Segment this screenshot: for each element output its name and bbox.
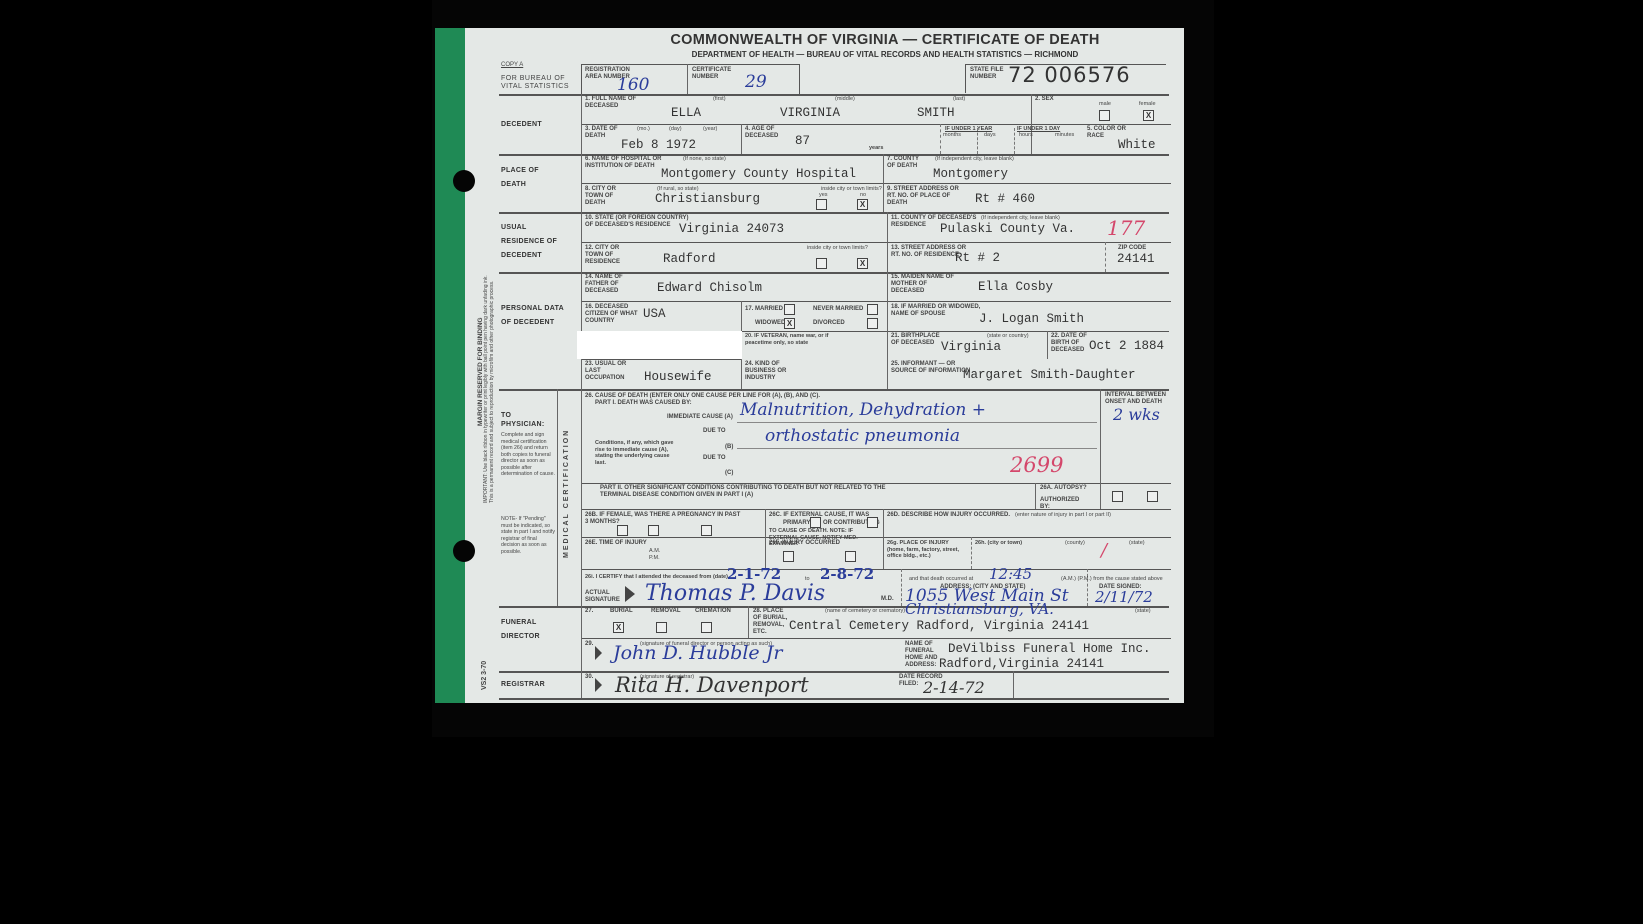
label-part1: PART I. DEATH WAS CAUSED BY: xyxy=(595,400,692,407)
section-usual-residence: USUAL RESIDENCE OF DECEDENT xyxy=(501,221,571,263)
label-days: days xyxy=(984,132,996,139)
label-inside-city: inside city or town limits? xyxy=(821,186,882,193)
label-burial-state: (state) xyxy=(1135,608,1151,615)
label-years: years xyxy=(869,145,883,152)
label-informant: 25. INFORMANT — OR SOURCE OF INFORMATION xyxy=(891,361,971,375)
label-describe-injury-note: (enter nature of injury in part I or par… xyxy=(1015,512,1111,519)
burial-place: Central Cemetery Radford, Virginia 24141 xyxy=(789,619,1089,633)
age: 87 xyxy=(795,134,810,148)
label-burial: BURIAL xyxy=(610,608,633,615)
pregnancy-unknown-checkbox[interactable] xyxy=(701,525,712,536)
label-full-name: 1. FULL NAME OF DECEASED xyxy=(585,96,645,110)
not-while-at-work-checkbox[interactable] xyxy=(845,551,856,562)
label-occupation: 23. USUAL OR LAST OCCUPATION xyxy=(585,361,635,382)
redacted-field xyxy=(577,331,742,359)
label-residence-city: 12. CITY OR TOWN OF RESIDENCE xyxy=(585,245,629,266)
label-immediate-cause: IMMEDIATE CAUSE (A) xyxy=(667,414,733,421)
label-hours: hours xyxy=(1019,132,1033,139)
director-arrow-icon xyxy=(595,646,602,660)
label-sex: 2. SEX xyxy=(1035,96,1054,103)
label-c: (C) xyxy=(725,470,733,477)
certificate-number: 29 xyxy=(745,72,767,92)
registrar-arrow-icon xyxy=(595,678,602,692)
physician-signature: Thomas P. Davis xyxy=(645,581,825,606)
label-day: (day) xyxy=(669,126,682,133)
res-inside-city-yes-checkbox[interactable] xyxy=(816,258,827,269)
first-name: ELLA xyxy=(671,106,701,120)
last-name: SMITH xyxy=(917,106,955,120)
label-citizen: 16. DECEASED CITIZEN OF WHAT COUNTRY xyxy=(585,304,645,325)
label-male: male xyxy=(1099,101,1111,108)
state-file-label: STATE FILE NUMBER xyxy=(970,67,1004,81)
label-zip: ZIP CODE xyxy=(1118,245,1146,252)
burial-checkbox[interactable]: X xyxy=(613,622,624,633)
burial-city-handwritten: Christiansburg, VA. xyxy=(905,600,1054,618)
label-res-inside-city: inside city or town limits? xyxy=(807,245,868,252)
label-pm: P.M. xyxy=(649,555,660,562)
race: White xyxy=(1118,138,1156,152)
street-of-death: Rt # 460 xyxy=(975,192,1035,206)
section-to-physician: TO PHYSICIAN: xyxy=(501,411,551,429)
city-of-death: Christiansburg xyxy=(655,192,760,206)
label-year: (year) xyxy=(703,126,717,133)
divorced-checkbox[interactable] xyxy=(867,318,878,329)
label-cause-of-death: 26. CAUSE OF DEATH (Enter only one cause… xyxy=(585,393,820,400)
label-no: no xyxy=(860,192,866,199)
funeral-home-address: Radford,Virginia 24141 xyxy=(939,657,1104,671)
residence-county-code: 177 xyxy=(1107,216,1145,240)
attended-to: 2-8-72 xyxy=(820,565,874,583)
sex-female-checkbox[interactable]: X xyxy=(1143,110,1154,121)
funeral-director-signature: John D. Hubble Jr xyxy=(613,642,782,664)
label-am: A.M. xyxy=(649,548,660,555)
label-county-note: (If independent city, leave blank) xyxy=(935,156,1014,163)
autopsy-no-checkbox[interactable] xyxy=(1147,491,1158,502)
punch-hole-bottom xyxy=(453,540,475,562)
certificate-number-label: CERTIFICATE NUMBER xyxy=(692,67,742,81)
cause-code: 2699 xyxy=(1010,453,1063,477)
father-name: Edward Chisolm xyxy=(657,281,762,295)
certificate-subtitle: DEPARTMENT OF HEALTH — BUREAU OF VITAL R… xyxy=(605,50,1165,59)
section-funeral-director: FUNERAL DIRECTOR xyxy=(501,616,561,644)
label-birthplace: 21. BIRTHPLACE OF DECEASED xyxy=(891,333,941,347)
registrar-signature: Rita H. Davenport xyxy=(615,673,809,697)
label-removal: REMOVAL xyxy=(651,608,681,615)
green-binding-strip xyxy=(435,28,465,703)
label-business: 24. KIND OF BUSINESS OR INDUSTRY xyxy=(745,361,805,382)
margin-permanent-note: This is a permanent record and subject t… xyxy=(489,281,496,503)
label-autopsy: 26a. AUTOPSY? xyxy=(1040,485,1087,492)
section-medical-certification: MEDICAL CERTIFICATION xyxy=(563,429,570,558)
physician-note: Complete and sign medical certification … xyxy=(501,432,556,478)
certificate-title: COMMONWEALTH OF VIRGINIA — CERTIFICATE O… xyxy=(605,32,1165,48)
label-30: 30. xyxy=(585,674,593,681)
cause-b: orthostatic pneumonia xyxy=(765,426,960,446)
injury-mark: / xyxy=(1101,540,1107,561)
label-time-of-injury: 26e. TIME OF INJURY xyxy=(585,540,647,547)
date-signed: 2/11/72 xyxy=(1095,588,1153,606)
label-spouse: 18. IF MARRIED OR WIDOWED, NAME OF SPOUS… xyxy=(891,304,991,318)
pregnancy-no-checkbox[interactable] xyxy=(648,525,659,536)
zip-code: 24141 xyxy=(1117,252,1155,266)
married-checkbox[interactable] xyxy=(784,304,795,315)
label-hospital: 6. NAME OF HOSPITAL OR INSTITUTION OF DE… xyxy=(585,156,665,170)
label-am-pm: (A.M.) (P.M.) from the cause stated abov… xyxy=(1061,576,1163,583)
sex-male-checkbox[interactable] xyxy=(1099,110,1110,121)
label-interval: INTERVAL BETWEEN ONSET AND DEATH xyxy=(1105,392,1167,406)
residence-county: Pulaski County Va. xyxy=(940,222,1075,236)
signature-arrow-icon xyxy=(625,586,635,602)
section-decedent: DECEDENT xyxy=(501,118,542,132)
label-female: female xyxy=(1139,101,1156,108)
label-md: M.D. xyxy=(881,596,894,603)
registration-area-number: 160 xyxy=(617,75,649,95)
label-burial-place-note: (name of cemetery or crematory) xyxy=(825,608,905,615)
label-age: 4. AGE OF DECEASED xyxy=(745,126,795,140)
label-father: 14. NAME OF FATHER OF DECEASED xyxy=(585,274,635,295)
label-county-of-death: 7. COUNTY OF DEATH xyxy=(887,156,927,170)
label-place-of-injury: 26g. PLACE OF INJURY (home, farm, factor… xyxy=(887,540,967,560)
section-place-of-death: PLACE OF DEATH xyxy=(501,164,561,192)
label-certify: 26i. I CERTIFY that I attended the decea… xyxy=(585,574,728,581)
primary-checkbox[interactable] xyxy=(810,517,821,528)
label-never-married: NEVER MARRIED xyxy=(813,306,863,313)
hospital: Montgomery County Hospital xyxy=(661,167,856,181)
label-injury-county: (county) xyxy=(1065,540,1085,547)
label-injury-city: 26h. (city or town) xyxy=(975,540,1022,547)
funeral-home-name: DeVilbiss Funeral Home Inc. xyxy=(948,642,1151,656)
residence-city: Radford xyxy=(663,252,716,266)
label-yes: yes xyxy=(819,192,828,199)
form-code: VS2 3-70 xyxy=(481,661,488,690)
label-pregnancy: 26b. IF FEMALE, WAS THERE A PREGNANCY IN… xyxy=(585,512,745,526)
label-married: 17. MARRIED xyxy=(745,306,783,313)
contributing-checkbox[interactable] xyxy=(867,517,878,528)
date-filed: 2-14-72 xyxy=(923,678,985,697)
label-due-to-1: DUE TO xyxy=(703,428,726,435)
label-mo: (mo.) xyxy=(637,126,650,133)
occupation: Housewife xyxy=(644,370,712,384)
mother-name: Ella Cosby xyxy=(978,280,1053,294)
label-minutes: minutes xyxy=(1055,132,1074,139)
label-first: (first) xyxy=(713,96,726,103)
death-certificate: MARGIN RESERVED FOR BINDING IMPORTANT: U… xyxy=(435,28,1184,703)
citizen-country: USA xyxy=(643,307,666,321)
state-file-number: 72 006576 xyxy=(1008,63,1131,87)
while-at-work-checkbox[interactable] xyxy=(783,551,794,562)
label-street-of-death: 9. STREET ADDRESS OR RT. NO. OF PLACE OF… xyxy=(887,186,967,207)
label-primary: PRIMARY xyxy=(783,520,810,527)
label-birthplace-note: (state or country) xyxy=(987,333,1029,340)
informant: Margaret Smith-Daughter xyxy=(963,368,1136,382)
label-actual-signature: ACTUAL SIGNATURE xyxy=(585,590,625,604)
pending-note: NOTE- If "Pending" must be indicated, so… xyxy=(501,516,556,555)
county-of-death: Montgomery xyxy=(933,167,1008,181)
label-cremation: CREMATION xyxy=(695,608,731,615)
date-of-birth: Oct 2 1884 xyxy=(1089,339,1164,353)
death-inside-city-no-checkbox[interactable]: X xyxy=(857,199,868,210)
label-part2: PART II. OTHER SIGNIFICANT CONDITIONS CO… xyxy=(600,485,910,499)
label-last: (last) xyxy=(953,96,965,103)
label-27: 27. xyxy=(585,608,593,615)
spouse-name: J. Logan Smith xyxy=(979,312,1084,326)
never-married-checkbox[interactable] xyxy=(867,304,878,315)
label-months: months xyxy=(943,132,961,139)
cremation-checkbox[interactable] xyxy=(701,622,712,633)
copy-label: COPY A xyxy=(501,62,523,69)
label-due-to-2: DUE TO xyxy=(703,455,726,462)
label-divorced: DIVORCED xyxy=(813,320,845,327)
label-conditions: Conditions, if any, which gave rise to i… xyxy=(595,440,675,466)
for-bureau-label: FOR BUREAU OF VITAL STATISTICS xyxy=(501,75,579,91)
label-veteran: 20. IF VETERAN, name war, or if peacetim… xyxy=(745,333,855,346)
label-injury-occurred: 26f. INJURY OCCURRED xyxy=(769,540,840,547)
birthplace: Virginia xyxy=(941,340,1001,354)
label-death-occurred: and that death occurred at xyxy=(909,576,973,583)
widowed-checkbox[interactable]: X xyxy=(784,318,795,329)
pregnancy-yes-checkbox[interactable] xyxy=(617,525,628,536)
section-registrar: REGISTRAR xyxy=(501,678,545,692)
label-date-of-death: 3. DATE OF DEATH xyxy=(585,126,625,140)
label-29: 29. xyxy=(585,641,593,648)
date-of-death: Feb 8 1972 xyxy=(621,138,696,152)
res-inside-city-no-checkbox[interactable]: X xyxy=(857,258,868,269)
label-injury-state: (state) xyxy=(1129,540,1145,547)
death-inside-city-yes-checkbox[interactable] xyxy=(816,199,827,210)
label-middle: (middle) xyxy=(835,96,855,103)
removal-checkbox[interactable] xyxy=(656,622,667,633)
label-mother: 15. MAIDEN NAME OF MOTHER OF DECEASED xyxy=(891,274,961,295)
label-residence-county-note: (If independent city, leave blank) xyxy=(981,215,1060,222)
cause-a: Malnutrition, Dehydration + xyxy=(740,400,986,420)
autopsy-yes-checkbox[interactable] xyxy=(1112,491,1123,502)
section-personal-data: PERSONAL DATA OF DECEDENT xyxy=(501,302,571,330)
residence-street: Rt # 2 xyxy=(955,251,1000,265)
label-widowed: WIDOWED xyxy=(755,320,785,327)
label-authorized: AUTHORIZED BY: xyxy=(1040,497,1080,511)
residence-state: Virginia 24073 xyxy=(679,222,784,236)
label-burial-place: 28. PLACE OF BURIAL, REMOVAL, ETC. xyxy=(753,608,793,636)
label-describe-injury: 26d. DESCRIBE HOW INJURY OCCURRED. xyxy=(887,512,1010,519)
middle-name: VIRGINIA xyxy=(780,106,840,120)
label-hospital-note: (If none, so state) xyxy=(683,156,726,163)
punch-hole-top xyxy=(453,170,475,192)
label-city-of-death: 8. CITY OR TOWN OF DEATH xyxy=(585,186,629,207)
interval: 2 wks xyxy=(1113,405,1160,424)
label-b: (B) xyxy=(725,444,733,451)
time-of-death: 12:45 xyxy=(989,565,1032,583)
